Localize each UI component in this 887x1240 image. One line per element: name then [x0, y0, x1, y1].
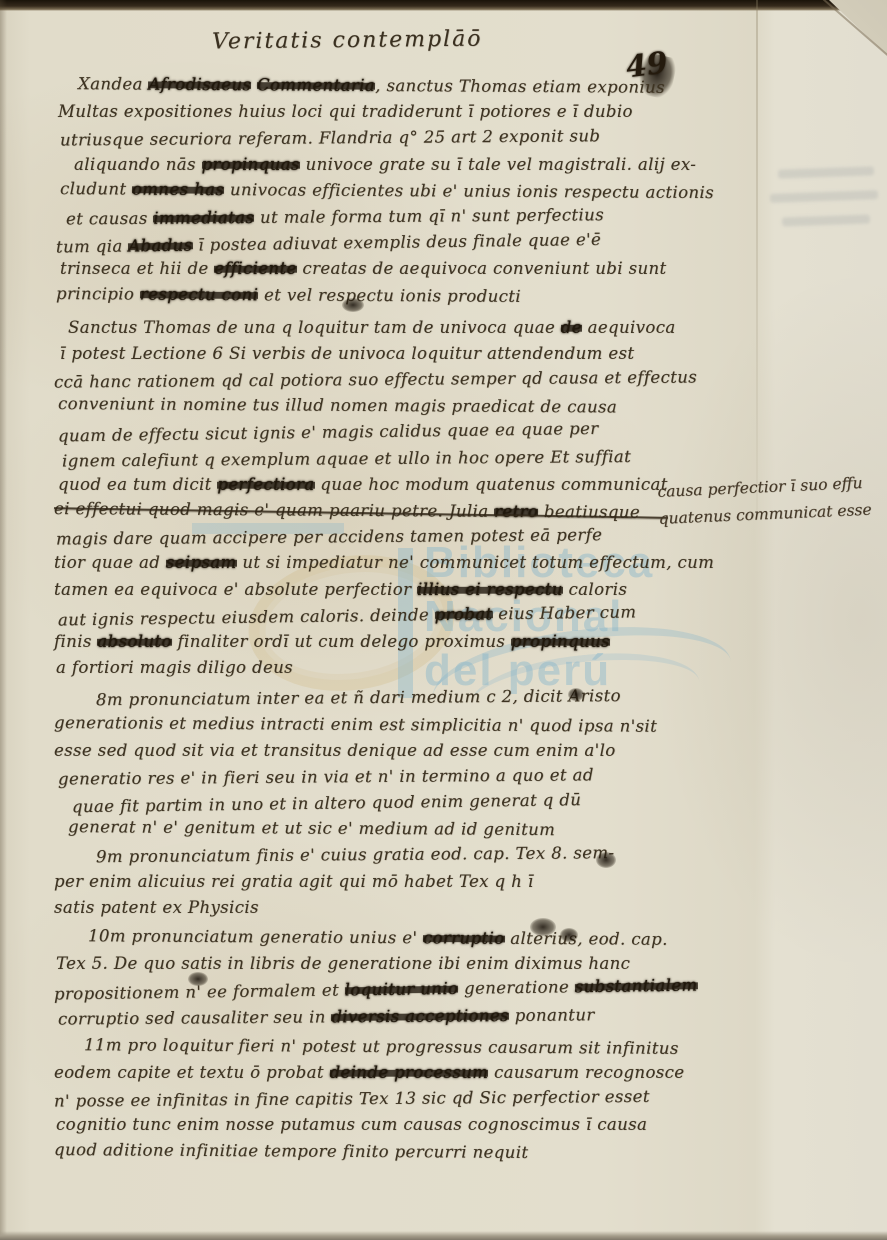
struck-word: de	[561, 318, 582, 337]
struck-word: illius ei respectu	[417, 580, 563, 599]
manuscript-word: quae hoc modum quatenus communicat	[315, 475, 668, 494]
manuscript-word: 11m pro loquitur fieri n' potest ut prog…	[84, 1035, 679, 1058]
manuscript-word: esse sed quod sit via et transitus deniq…	[54, 741, 616, 760]
manuscript-line: magis dare quam accipere per accidens ta…	[52, 525, 700, 556]
manuscript-line: quod ea tum dicit perfectiora quae hoc m…	[52, 475, 700, 501]
manuscript-word: ponantur	[509, 1005, 595, 1025]
manuscript-word: principio	[56, 284, 140, 304]
manuscript-line: finis absoluto finaliter ordī ut cum del…	[52, 632, 700, 658]
bleedthrough-text	[782, 214, 870, 226]
manuscript-line: trinseca et hii de efficiente creatas de…	[52, 259, 700, 285]
manuscript-word: n' posse ee infinitas in fine capitis Te…	[54, 1087, 650, 1111]
manuscript-word: ccā hanc rationem qd cal potiora suo eff…	[54, 368, 697, 392]
ink-blot	[342, 298, 364, 312]
struck-word: efficiente	[214, 259, 297, 278]
manuscript-line: 10m pronunciatum generatio unius e' corr…	[52, 926, 700, 956]
manuscript-line: corruptio sed causaliter seu in diversis…	[52, 1004, 700, 1035]
bleedthrough-text	[778, 166, 874, 178]
struck-word: propinquus	[511, 632, 610, 651]
manuscript-word: aut ignis respectu eiusdem caloris. dein…	[58, 605, 435, 629]
struck-word: Abadus	[128, 236, 193, 256]
manuscript-word: et vel respectu ionis producti	[258, 285, 521, 306]
manuscript-line: Sanctus Thomas de una q loquitur tam de …	[52, 318, 700, 344]
manuscript-word: finaliter ordī ut cum delego proximus	[172, 632, 511, 651]
struck-word: substantialem	[575, 976, 698, 997]
page-crease	[756, 0, 758, 520]
manuscript-word: beatiusque	[538, 502, 640, 522]
manuscript-line: ī potest Lectione 6 Si verbis de univoca…	[52, 344, 700, 370]
manuscript-line: generationis et medius intracti enim est…	[52, 713, 700, 743]
ink-blot	[568, 688, 584, 701]
manuscript-word: 10m pronunciatum generatio unius e'	[88, 926, 423, 947]
manuscript-word: creatas de aequivoca conveniunt ubi sunt	[297, 259, 667, 278]
manuscript-line: cognitio tunc enim nosse putamus cum cau…	[52, 1115, 700, 1141]
page-title: Veritatis contemplāō	[212, 27, 483, 55]
manuscript-line: esse sed quod sit via et transitus deniq…	[52, 741, 700, 767]
ink-blot	[596, 852, 616, 868]
ink-blot	[188, 972, 208, 986]
manuscript-word: univocas efficientes ubi e' unius ionis …	[224, 180, 714, 202]
manuscript-word: tum qia	[56, 237, 129, 257]
manuscript-word: ut si impediatur ne' communicet totum ef…	[237, 553, 715, 572]
struck-word: respectu coni	[140, 284, 259, 304]
manuscript-word: generatio res e' in fieri seu in via et …	[58, 765, 594, 788]
manuscript-word: Tex 5. De quo satis in libris de generat…	[56, 954, 630, 973]
struck-word: perfectiora	[217, 475, 314, 494]
manuscript-word: utriusque securiora referam. Flandria q°…	[60, 127, 600, 150]
manuscript-word: Multas expositiones huius loci qui tradi…	[58, 102, 633, 121]
manuscript-word: tior quae ad	[54, 553, 166, 572]
manuscript-word: generat n' e' genitum et ut sic e' mediu…	[68, 817, 555, 839]
manuscript-word: , sanctus Thomas etiam exponius	[375, 76, 665, 97]
struck-word: corruptio	[423, 928, 505, 947]
manuscript-word: eius Haber cum	[492, 602, 636, 623]
struck-word: diversis acceptiones	[331, 1006, 509, 1026]
manuscript-word: eodem capite et textu ō probat	[54, 1063, 330, 1082]
manuscript-word: alterius, eod. cap.	[505, 929, 668, 949]
manuscript-line: tamen ea equivoca e' absolute perfectior…	[52, 580, 700, 606]
struck-word: omnes has	[132, 179, 224, 199]
manuscript-line: aliquando nās propinquas univoce grate s…	[52, 155, 700, 181]
manuscript-word: cludunt	[60, 179, 132, 198]
manuscript-line: satis patent ex Physicis	[52, 898, 700, 924]
manuscript-word: ī potest Lectione 6 Si verbis de univoca…	[60, 344, 634, 363]
manuscript-word: generatione	[458, 978, 575, 999]
manuscript-word: Sanctus Thomas de una q loquitur tam de …	[68, 318, 561, 337]
manuscript-text-body: Xandea Afrodisaeus Commentaria, sanctus …	[52, 76, 700, 1168]
struck-word: Commentaria	[257, 75, 375, 95]
ink-blot	[530, 918, 556, 936]
page-edge-bottom	[0, 1231, 887, 1240]
manuscript-word: corruptio sed causaliter seu in	[58, 1007, 332, 1028]
manuscript-word: ut male forma tum qī n' sunt perfectius	[254, 205, 604, 227]
manuscript-word: quod ea tum dicit	[58, 475, 217, 494]
manuscript-line: principio respectu coni et vel respectu …	[52, 284, 700, 314]
manuscript-word: caloris	[563, 580, 627, 599]
manuscript-word: cognitio tunc enim nosse putamus cum cau…	[56, 1115, 647, 1134]
manuscript-word: satis patent ex Physicis	[54, 898, 259, 917]
manuscript-word: magis dare quam accipere per accidens ta…	[56, 525, 602, 548]
manuscript-word: a fortiori magis diligo deus	[56, 658, 293, 677]
manuscript-word: quam de effectu sicut ignis e' magis cal…	[58, 419, 599, 446]
manuscript-word: quod aditione infinitiae tempore finito …	[54, 1140, 529, 1162]
manuscript-line: eodem capite et textu ō probat deinde pr…	[52, 1063, 700, 1089]
manuscript-word: et causas	[66, 209, 154, 229]
struck-word: probat	[435, 604, 493, 624]
manuscript-line: 8m pronunciatum inter ea et ñ dari mediu…	[52, 686, 700, 717]
manuscript-word: aequivoca	[582, 318, 676, 337]
struck-word: seipsam	[166, 553, 237, 572]
manuscript-word: 8m pronunciatum inter ea et ñ dari mediu…	[96, 686, 621, 709]
struck-word: deinde processum	[330, 1063, 489, 1082]
manuscript-line: n' posse ee infinitas in fine capitis Te…	[52, 1087, 700, 1118]
margin-note: causa perfectior ī suo effu quatenus com…	[657, 469, 884, 533]
struck-word: retro	[494, 502, 538, 521]
struck-word: loquitur unio	[345, 979, 459, 1000]
manuscript-word: ignem calefiunt q exemplum aquae et ullo…	[62, 447, 631, 470]
manuscript-word: causarum recognosce	[488, 1063, 684, 1082]
struck-word: immediatas	[153, 208, 254, 228]
manuscript-word: generationis et medius intracti enim est…	[54, 713, 657, 736]
manuscript-line: utriusque securiora referam. Flandria q°…	[52, 126, 700, 157]
page-edge-left	[0, 0, 7, 1240]
manuscript-line: tior quae ad seipsam ut si impediatur ne…	[52, 553, 700, 579]
manuscript-word: univoce grate su ī tale vel magistrali. …	[300, 155, 696, 174]
struck-word: Afrodisaeus	[148, 75, 251, 95]
manuscript-word: conveniunt in nomine tus illud nomen mag…	[58, 394, 617, 416]
manuscript-line: a fortiori magis diligo deus	[52, 658, 700, 684]
binding-edge-top	[0, 0, 845, 11]
manuscript-line: quod aditione infinitiae tempore finito …	[52, 1140, 700, 1170]
bleedthrough-text	[770, 190, 878, 203]
manuscript-word: Xandea	[78, 74, 149, 93]
manuscript-word: per enim alicuius rei gratia agit qui mō…	[54, 872, 534, 891]
manuscript-line: 11m pro loquitur fieri n' potest ut prog…	[52, 1035, 700, 1065]
struck-word: propinquas	[202, 155, 300, 174]
ink-blot	[560, 928, 578, 942]
manuscript-scan: Biblioteca Nacional del perú Veritatis c…	[0, 0, 887, 1240]
manuscript-word: tamen ea equivoca e' absolute perfectior	[54, 580, 417, 599]
manuscript-word: 9m pronunciatum finis e' cuius gratia eo…	[96, 844, 615, 867]
manuscript-line: ignem calefiunt q exemplum aquae et ullo…	[52, 446, 700, 477]
manuscript-line: Multas expositiones huius loci qui tradi…	[52, 102, 700, 128]
manuscript-line: Xandea Afrodisaeus Commentaria, sanctus …	[52, 74, 700, 104]
manuscript-line: per enim alicuius rei gratia agit qui mō…	[52, 872, 700, 898]
manuscript-word: aliquando nās	[74, 155, 202, 174]
